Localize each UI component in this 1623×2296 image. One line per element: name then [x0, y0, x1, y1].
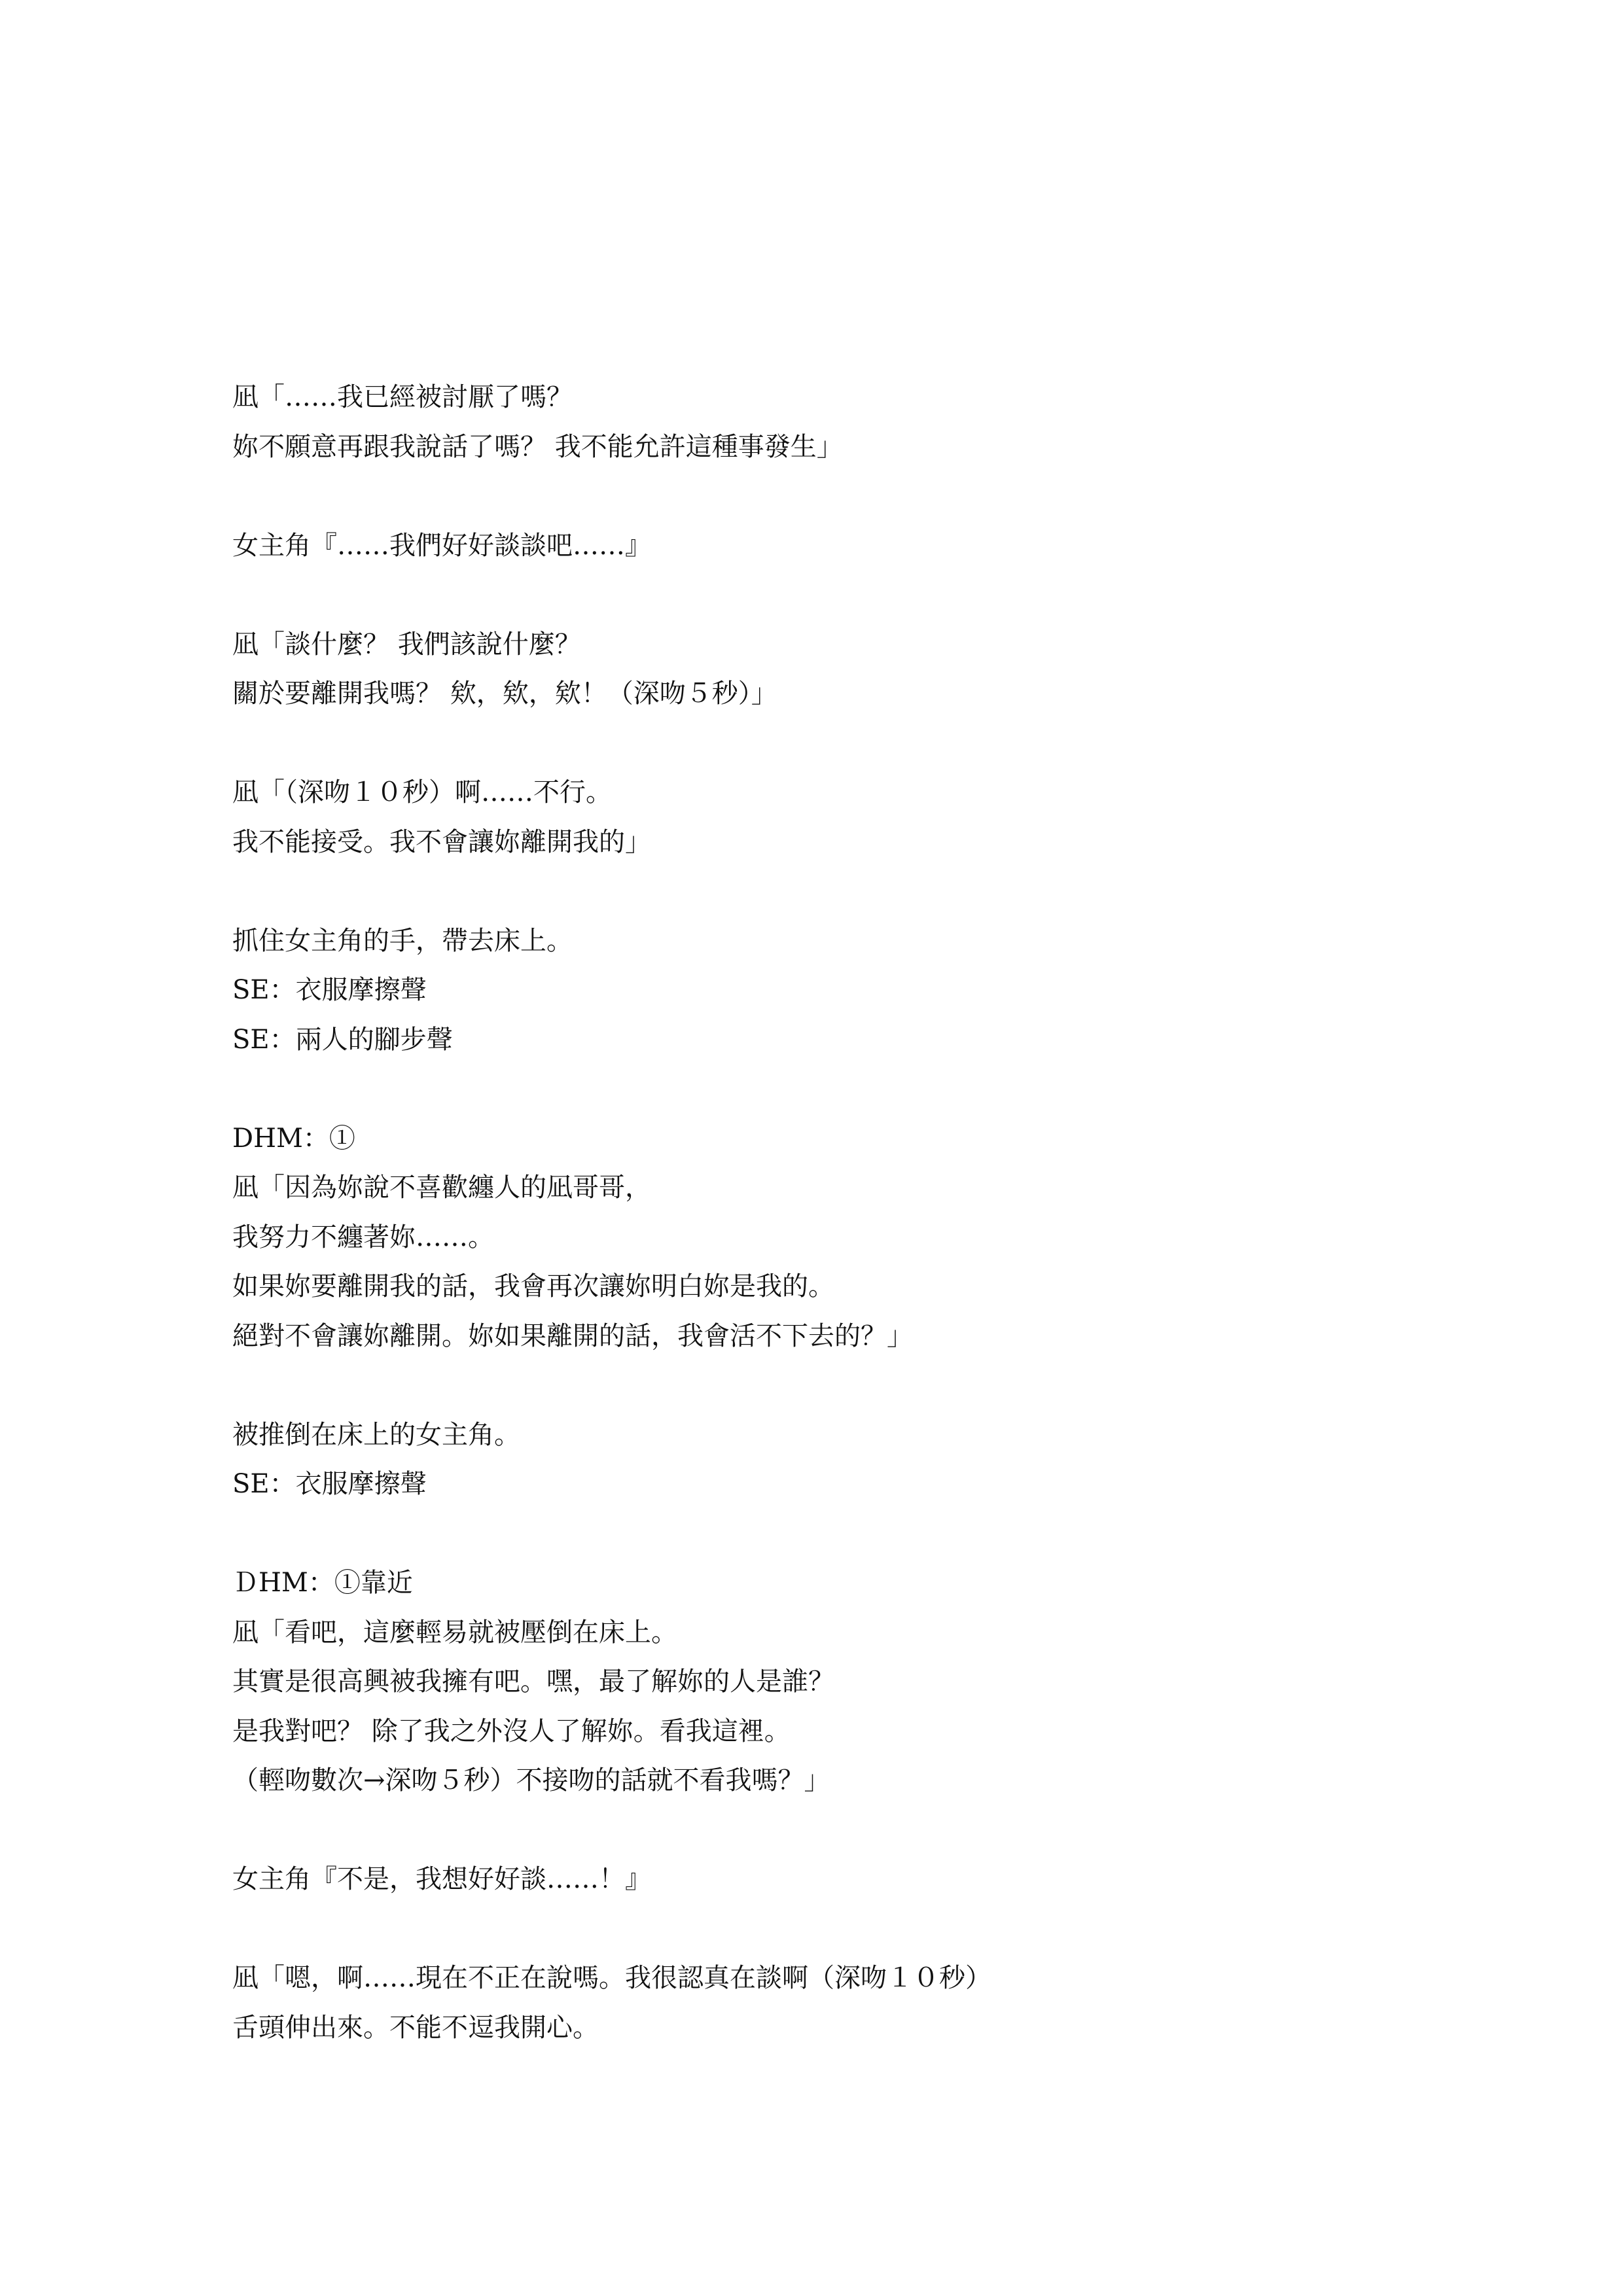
dhm-marker: DHM：①: [232, 1114, 1476, 1164]
blank-line: [232, 472, 1476, 521]
stage-direction: 抓住女主角的手，帶去床上。: [232, 917, 1476, 966]
dialogue-line: 凪「看吧，這麼輕易就被壓倒在床上。: [232, 1608, 1476, 1658]
dhm-marker: ＤHM：①靠近: [232, 1559, 1476, 1608]
dialogue-line: 凪「……我已經被討厭了嗎？: [232, 373, 1476, 423]
dialogue-line: 關於要離開我嗎？ 欸，欸，欸！（深吻５秒）」: [232, 669, 1476, 719]
script-document: 凪「……我已經被討厭了嗎？ 妳不願意再跟我說話了嗎？ 我不能允許這種事發生」 女…: [232, 373, 1476, 2053]
blank-line: [232, 719, 1476, 769]
sound-effect-line: SE：兩人的腳步聲: [232, 1016, 1476, 1065]
dialogue-line: 妳不願意再跟我說話了嗎？ 我不能允許這種事發生」: [232, 423, 1476, 472]
dialogue-line: 是我對吧？ 除了我之外沒人了解妳。看我這裡。: [232, 1707, 1476, 1757]
blank-line: [232, 1806, 1476, 1856]
blank-line: [232, 1361, 1476, 1411]
dialogue-line: 舌頭伸出來。不能不逗我開心。: [232, 2004, 1476, 2053]
blank-line: [232, 867, 1476, 917]
dialogue-line: 其實是很高興被我擁有吧。嘿，最了解妳的人是誰？: [232, 1657, 1476, 1707]
dialogue-line: 女主角『不是，我想好好談……！』: [232, 1855, 1476, 1905]
dialogue-line: 女主角『……我們好好談談吧……』: [232, 521, 1476, 571]
dialogue-line: 我不能接受。我不會讓妳離開我的」: [232, 818, 1476, 868]
dialogue-line: 凪「因為妳說不喜歡纏人的凪哥哥，: [232, 1163, 1476, 1213]
blank-line: [232, 571, 1476, 620]
blank-line: [232, 1905, 1476, 1954]
dialogue-line: 絕對不會讓妳離開。妳如果離開的話，我會活不下去的？」: [232, 1312, 1476, 1362]
dialogue-line: 凪「（深吻１０秒）啊……不行。: [232, 768, 1476, 818]
blank-line: [232, 1065, 1476, 1114]
dialogue-line: 我努力不纏著妳……。: [232, 1213, 1476, 1263]
stage-direction: 被推倒在床上的女主角。: [232, 1411, 1476, 1460]
dialogue-line: 凪「談什麼？ 我們該說什麼？: [232, 620, 1476, 670]
dialogue-line: 如果妳要離開我的話，我會再次讓妳明白妳是我的。: [232, 1262, 1476, 1312]
dialogue-line: 凪「嗯，啊……現在不正在說嗎。我很認真在談啊（深吻１０秒）: [232, 1954, 1476, 2004]
sound-effect-line: SE：衣服摩擦聲: [232, 966, 1476, 1016]
dialogue-line: （輕吻數次→深吻５秒）不接吻的話就不看我嗎？」: [232, 1756, 1476, 1806]
blank-line: [232, 1510, 1476, 1559]
sound-effect-line: SE：衣服摩擦聲: [232, 1460, 1476, 1510]
